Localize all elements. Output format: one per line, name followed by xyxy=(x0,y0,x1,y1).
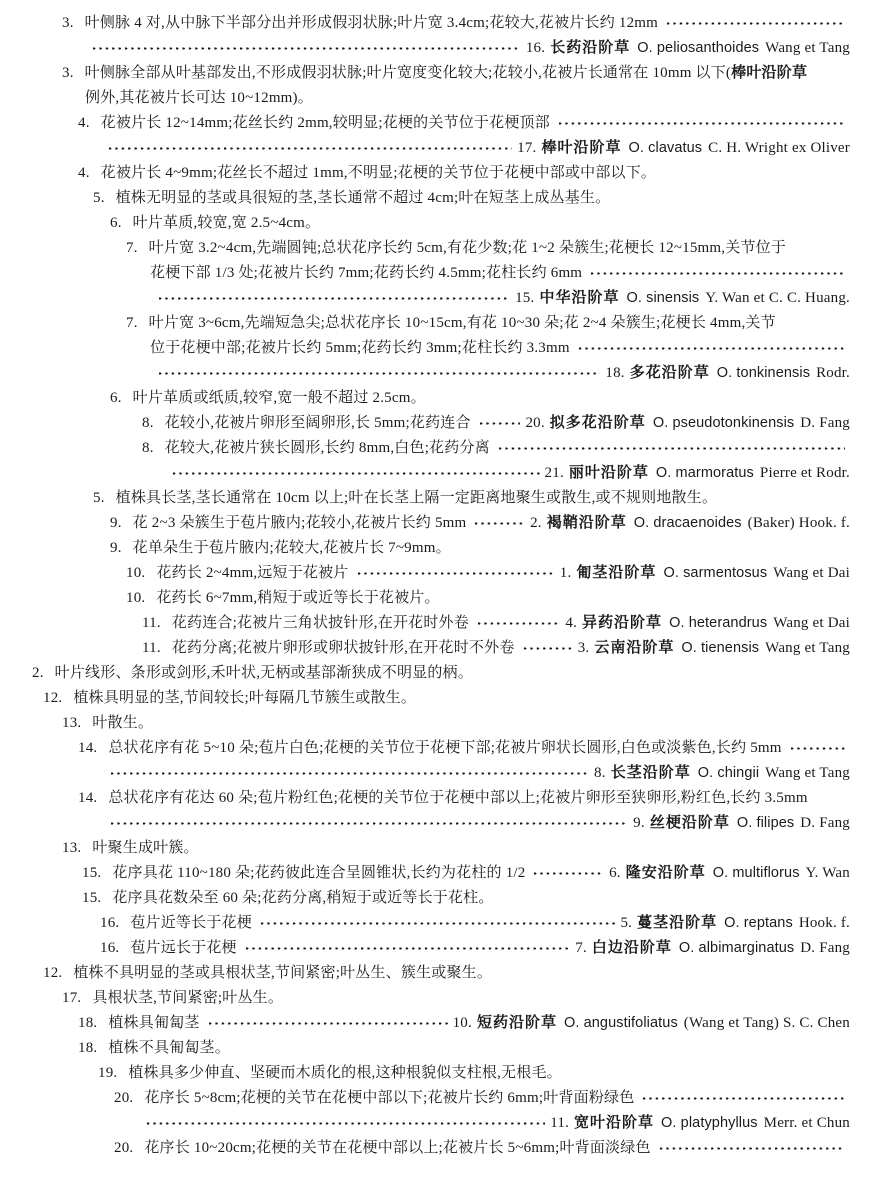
species-name-chinese: 多花沿阶草 xyxy=(630,365,710,381)
dot-leader xyxy=(145,1119,545,1128)
lead-text: 叶聚生成叶簇。 xyxy=(92,836,198,861)
species-number: 1. xyxy=(560,565,572,581)
species-name-chinese: 长茎沿阶草 xyxy=(611,765,691,781)
key-continuation-line: 花梗下部 1/3 处;花被片长约 7mm;花药长约 4.5mm;花柱长约 6mm xyxy=(0,261,850,286)
species-name-chinese: 匍茎沿阶草 xyxy=(576,565,656,581)
key-couplet-line: 9.花单朵生于苞片腋内;花较大,花被片长 7~9mm。 xyxy=(0,536,850,561)
key-couplet-line: 15.花序具花 110~180 朵;花药彼此连合呈圆锥状,长约为花柱的 1/26… xyxy=(0,861,850,886)
species-reference: 17.棒叶沿阶草O. clavatusC. H. Wright ex Olive… xyxy=(517,136,850,161)
key-couplet-line: 4.花被片长 12~14mm;花丝长约 2mm,较明显;花梗的关节位于花梗顶部 xyxy=(0,111,850,136)
key-couplet-line: 6.叶片革质,较宽,宽 2.5~4cm。 xyxy=(0,211,850,236)
key-couplet-line: 6.叶片革质或纸质,较窄,宽一般不超过 2.5cm。 xyxy=(0,386,850,411)
species-number: 20. xyxy=(525,415,544,431)
dot-leader xyxy=(557,119,845,128)
species-number: 2. xyxy=(530,515,542,531)
couplet-number: 9. xyxy=(110,511,122,536)
species-name-chinese: 云南沿阶草 xyxy=(594,640,674,656)
dot-leader xyxy=(259,919,615,928)
dot-leader xyxy=(522,644,573,653)
species-name-chinese: 短药沿阶草 xyxy=(477,1015,557,1031)
lead-text: 花药长 6~7mm,稍短于或近等长于花被片。 xyxy=(156,586,439,611)
key-couplet-line: 16.苞片近等长于花梗5.蔓茎沿阶草O. reptansHook. f. xyxy=(0,911,850,936)
lead-text: 植株具明显的茎,节间较长;叶每隔几节簇生或散生。 xyxy=(73,686,416,711)
couplet-number: 18. xyxy=(78,1011,97,1036)
key-couplet-line: 20.花序长 5~8cm;花梗的关节在花梗中部以下;花被片长约 6mm;叶背面粉… xyxy=(0,1086,850,1111)
key-couplet-line: 14.总状花序有花 5~10 朵;苞片白色;花梗的关节位于花梗下部;花被片卵状长… xyxy=(0,736,850,761)
species-name-chinese: 异药沿阶草 xyxy=(582,615,662,631)
lead-text: 花较大,花被片狭长圆形,长约 8mm,白色;花药分离 xyxy=(165,436,490,461)
dot-leader xyxy=(356,569,555,578)
species-name-latin: O. marmoratus xyxy=(656,465,754,481)
couplet-number: 14. xyxy=(78,786,97,811)
key-couplet-line: 7.叶片宽 3.2~4cm,先端圆钝;总状花序长约 5cm,有花少数;花 1~2… xyxy=(0,236,850,261)
species-author: C. H. Wright ex Oliver xyxy=(708,140,850,156)
dot-leader xyxy=(109,769,589,778)
lead-text: 花单朵生于苞片腋内;花较大,花被片长 7~9mm。 xyxy=(133,536,451,561)
dot-leader xyxy=(478,419,521,428)
species-name-chinese: 棒叶沿阶草 xyxy=(542,140,622,156)
dot-leader xyxy=(473,519,525,528)
lead-text: 例外,其花被片长可达 10~12mm)。 xyxy=(85,86,313,111)
lead-text: 植株无明显的茎或具很短的茎,茎长通常不超过 4cm;叶在短茎上成丛基生。 xyxy=(116,186,611,211)
couplet-number: 6. xyxy=(110,211,122,236)
key-couplet-line: 7.叶片宽 3~6cm,先端短急尖;总状花序长 10~15cm,有花 10~30… xyxy=(0,311,850,336)
species-number: 10. xyxy=(453,1015,472,1031)
species-author: D. Fang xyxy=(800,815,850,831)
lead-text: 花序具花 110~180 朵;花药彼此连合呈圆锥状,长约为花柱的 1/2 xyxy=(112,861,525,886)
key-couplet-line: 9.花 2~3 朵簇生于苞片腋内;花较小,花被片长约 5mm2.褐鞘沿阶草O. … xyxy=(0,511,850,536)
species-name-latin: O. pseudotonkinensis xyxy=(653,415,794,431)
species-reference: 20.拟多花沿阶草O. pseudotonkinensisD. Fang xyxy=(525,411,850,436)
species-ref-line: 11.宽叶沿阶草O. platyphyllusMerr. et Chun xyxy=(0,1111,850,1136)
species-reference: 5.蔓茎沿阶草O. reptansHook. f. xyxy=(620,911,850,936)
lead-text: 植株具长茎,茎长通常在 10cm 以上;叶在长茎上隔一定距离地聚生或散生,或不规… xyxy=(116,486,718,511)
species-name-latin: O. dracaenoides xyxy=(634,515,742,531)
species-reference: 16.长药沿阶草O. peliosanthoidesWang et Tang xyxy=(526,36,850,61)
couplet-number: 5. xyxy=(93,186,105,211)
key-couplet-line: 11.花药连合;花被片三角状披针形,在开花时外卷4.异药沿阶草O. hetera… xyxy=(0,611,850,636)
species-reference: 4.异药沿阶草O. heterandrusWang et Dai xyxy=(565,611,850,636)
species-author: Wang et Tang xyxy=(765,640,850,656)
lead-text: 叶片革质,较宽,宽 2.5~4cm。 xyxy=(133,211,321,236)
dot-leader xyxy=(532,869,604,878)
species-name-chinese: 宽叶沿阶草 xyxy=(574,1115,654,1131)
species-number: 21. xyxy=(545,465,564,481)
lead-text: 位于花梗中部;花被片长约 5mm;花药长约 3mm;花柱长约 3.3mm xyxy=(150,336,570,361)
species-number: 18. xyxy=(605,365,624,381)
species-name-chinese: 丽叶沿阶草 xyxy=(569,465,649,481)
lead-text: 叶片线形、条形或剑形,禾叶状,无柄或基部渐狭成不明显的柄。 xyxy=(55,661,473,686)
lead-text: 植株不具明显的茎或具根状茎,节间紧密;叶丛生、簇生或聚生。 xyxy=(73,961,492,986)
species-author: (Baker) Hook. f. xyxy=(748,515,850,531)
dot-leader xyxy=(665,19,845,28)
species-ref-line: 8.长茎沿阶草O. chingiiWang et Tang xyxy=(0,761,850,786)
species-ref-line: 21.丽叶沿阶草O. marmoratusPierre et Rodr. xyxy=(0,461,850,486)
couplet-number: 20. xyxy=(114,1086,133,1111)
dot-leader xyxy=(107,144,512,153)
key-couplet-line: 17.具根状茎,节间紧密;叶丛生。 xyxy=(0,986,850,1011)
species-name-latin: O. reptans xyxy=(724,915,793,931)
key-couplet-line: 12.植株具明显的茎,节间较长;叶每隔几节簇生或散生。 xyxy=(0,686,850,711)
couplet-number: 7. xyxy=(126,236,138,261)
lead-text: 苞片远长于花梗 xyxy=(130,936,236,961)
lead-text: 叶片革质或纸质,较窄,宽一般不超过 2.5cm。 xyxy=(133,386,426,411)
species-number: 15. xyxy=(515,290,534,306)
species-reference: 10.短药沿阶草O. angustifoliatus(Wang et Tang)… xyxy=(453,1011,850,1036)
species-author: Wang et Tang xyxy=(765,40,850,56)
lead-text: 花较小,花被片卵形至阔卵形,长 5mm;花药连合 xyxy=(165,411,471,436)
species-reference: 11.宽叶沿阶草O. platyphyllusMerr. et Chun xyxy=(550,1111,850,1136)
couplet-number: 4. xyxy=(78,111,90,136)
key-couplet-line: 5.植株无明显的茎或具很短的茎,茎长通常不超过 4cm;叶在短茎上成丛基生。 xyxy=(0,186,850,211)
dot-leader xyxy=(641,1094,845,1103)
species-number: 17. xyxy=(517,140,536,156)
species-number: 11. xyxy=(550,1115,569,1131)
dot-leader xyxy=(244,944,570,953)
flora-key-page: 3.叶侧脉 4 对,从中脉下半部分出并形成假羽状脉;叶片宽 3.4cm;花较大,… xyxy=(0,0,878,1177)
species-number: 5. xyxy=(620,915,632,931)
species-name-latin: O. albimarginatus xyxy=(679,940,794,956)
species-ref-line: 16.长药沿阶草O. peliosanthoidesWang et Tang xyxy=(0,36,850,61)
species-name-latin: O. sarmentosus xyxy=(663,565,767,581)
key-couplet-line: 18.植株不具匍匐茎。 xyxy=(0,1036,850,1061)
couplet-number: 18. xyxy=(78,1036,97,1061)
couplet-number: 15. xyxy=(82,861,101,886)
lead-text: 叶侧脉 4 对,从中脉下半部分出并形成假羽状脉;叶片宽 3.4cm;花较大,花被… xyxy=(85,11,658,36)
species-ref-line: 15.中华沿阶草O. sinensisY. Wan et C. C. Huang… xyxy=(0,286,850,311)
lead-text: 植株具多少伸直、坚硬而木质化的根,这种根貌似支柱根,无根毛。 xyxy=(128,1061,562,1086)
couplet-number: 11. xyxy=(142,611,161,636)
couplet-number: 11. xyxy=(142,636,161,661)
species-reference: 7.白边沿阶草O. albimarginatusD. Fang xyxy=(575,936,850,961)
couplet-number: 4. xyxy=(78,161,90,186)
key-couplet-line: 5.植株具长茎,茎长通常在 10cm 以上;叶在长茎上隔一定距离地聚生或散生,或… xyxy=(0,486,850,511)
key-couplet-line: 2.叶片线形、条形或剑形,禾叶状,无柄或基部渐狭成不明显的柄。 xyxy=(0,661,850,686)
key-continuation-line: 位于花梗中部;花被片长约 5mm;花药长约 3mm;花柱长约 3.3mm xyxy=(0,336,850,361)
couplet-number: 13. xyxy=(62,711,81,736)
key-couplet-line: 14.总状花序有花达 60 朵;苞片粉红色;花梗的关节位于花梗中部以上;花被片卵… xyxy=(0,786,850,811)
key-couplet-line: 3.叶侧脉全部从叶基部发出,不形成假羽状脉;叶片宽度变化较大;花较小,花被片长通… xyxy=(0,61,850,86)
couplet-number: 10. xyxy=(126,561,145,586)
dot-leader xyxy=(207,1019,448,1028)
dot-leader xyxy=(171,469,540,478)
couplet-number: 3. xyxy=(62,11,74,36)
dot-leader xyxy=(157,294,510,303)
couplet-number: 12. xyxy=(43,686,62,711)
lead-text: 花药长 2~4mm,远短于花被片 xyxy=(156,561,348,586)
lead-text: 花被片长 12~14mm;花丝长约 2mm,较明显;花梗的关节位于花梗顶部 xyxy=(101,111,550,136)
species-number: 8. xyxy=(594,765,606,781)
species-name-latin: O. sinensis xyxy=(626,290,699,306)
species-number: 3. xyxy=(578,640,590,656)
couplet-number: 8. xyxy=(142,436,154,461)
lead-text: 苞片近等长于花梗 xyxy=(130,911,252,936)
couplet-number: 10. xyxy=(126,586,145,611)
species-reference: 15.中华沿阶草O. sinensisY. Wan et C. C. Huang… xyxy=(515,286,850,311)
species-author: (Wang et Tang) S. C. Chen xyxy=(684,1015,850,1031)
key-couplet-line: 10.花药长 6~7mm,稍短于或近等长于花被片。 xyxy=(0,586,850,611)
species-name-chinese: 中华沿阶草 xyxy=(539,290,619,306)
lead-text: 花序具花数朵至 60 朵;花药分离,稍短于或近等长于花柱。 xyxy=(112,886,493,911)
lead-text: 植株具匍匐茎 xyxy=(108,1011,199,1036)
species-reference: 6.隆安沿阶草O. multiflorusY. Wan xyxy=(609,861,850,886)
species-name-latin: O. tienensis xyxy=(681,640,759,656)
couplet-number: 16. xyxy=(100,936,119,961)
lead-text: 花序长 10~20cm;花梗的关节在花梗中部以上;花被片长 5~6mm;叶背面淡… xyxy=(144,1136,650,1161)
lead-text: 花梗下部 1/3 处;花被片长约 7mm;花药长约 4.5mm;花柱长约 6mm xyxy=(150,261,582,286)
species-author: D. Fang xyxy=(800,415,850,431)
species-name-chinese: 拟多花沿阶草 xyxy=(550,415,646,431)
species-reference: 3.云南沿阶草O. tienensisWang et Tang xyxy=(578,636,850,661)
dot-leader xyxy=(476,619,560,628)
lead-text: 植株不具匍匐茎。 xyxy=(108,1036,230,1061)
species-name-latin: O. peliosanthoides xyxy=(637,40,759,56)
species-name-chinese: 丝梗沿阶草 xyxy=(650,815,730,831)
dot-leader xyxy=(789,744,845,753)
key-couplet-line: 4.花被片长 4~9mm;花丝长不超过 1mm,不明显;花梗的关节位于花梗中部或… xyxy=(0,161,850,186)
couplet-number: 8. xyxy=(142,411,154,436)
species-ref-line: 18.多花沿阶草O. tonkinensisRodr. xyxy=(0,361,850,386)
key-couplet-line: 8.花较小,花被片卵形至阔卵形,长 5mm;花药连合20.拟多花沿阶草O. ps… xyxy=(0,411,850,436)
dot-leader xyxy=(577,344,845,353)
couplet-number: 15. xyxy=(82,886,101,911)
species-reference: 8.长茎沿阶草O. chingiiWang et Tang xyxy=(594,761,850,786)
lead-text: 叶散生。 xyxy=(92,711,153,736)
species-author: Hook. f. xyxy=(799,915,850,931)
key-couplet-line: 13.叶散生。 xyxy=(0,711,850,736)
species-author: Merr. et Chun xyxy=(764,1115,850,1131)
dot-leader xyxy=(589,269,845,278)
species-author: Rodr. xyxy=(816,365,850,381)
lead-text: 叶片宽 3.2~4cm,先端圆钝;总状花序长约 5cm,有花少数;花 1~2 朵… xyxy=(149,236,786,261)
key-couplet-line: 11.花药分离;花被片卵形或卵状披针形,在开花时不外卷3.云南沿阶草O. tie… xyxy=(0,636,850,661)
species-reference: 9.丝梗沿阶草O. filipesD. Fang xyxy=(633,811,850,836)
key-couplet-line: 10.花药长 2~4mm,远短于花被片1.匍茎沿阶草O. sarmentosus… xyxy=(0,561,850,586)
key-couplet-line: 8.花较大,花被片狭长圆形,长约 8mm,白色;花药分离 xyxy=(0,436,850,461)
couplet-number: 5. xyxy=(93,486,105,511)
species-name-latin: O. heterandrus xyxy=(669,615,767,631)
lead-text: 叶片宽 3~6cm,先端短急尖;总状花序长 10~15cm,有花 10~30 朵… xyxy=(149,311,776,336)
species-name-chinese: 长药沿阶草 xyxy=(550,40,630,56)
key-couplet-line: 3.叶侧脉 4 对,从中脉下半部分出并形成假羽状脉;叶片宽 3.4cm;花较大,… xyxy=(0,11,850,36)
key-couplet-line: 13.叶聚生成叶簇。 xyxy=(0,836,850,861)
species-name-chinese: 蔓茎沿阶草 xyxy=(637,915,717,931)
couplet-number: 7. xyxy=(126,311,138,336)
dot-leader xyxy=(658,1144,845,1153)
lead-text: 花 2~3 朵簇生于苞片腋内;花较小,花被片长约 5mm xyxy=(133,511,467,536)
dot-leader xyxy=(157,369,600,378)
species-reference: 2.褐鞘沿阶草O. dracaenoides(Baker) Hook. f. xyxy=(530,511,850,536)
dot-leader xyxy=(91,44,521,53)
species-number: 7. xyxy=(575,940,587,956)
species-author: Y. Wan xyxy=(806,865,850,881)
species-reference: 1.匍茎沿阶草O. sarmentosusWang et Dai xyxy=(560,561,850,586)
species-number: 9. xyxy=(633,815,645,831)
key-continuation-line: 例外,其花被片长可达 10~12mm)。 xyxy=(0,86,850,111)
key-couplet-line: 19.植株具多少伸直、坚硬而木质化的根,这种根貌似支柱根,无根毛。 xyxy=(0,1061,850,1086)
lead-text: 花药分离;花被片卵形或卵状披针形,在开花时不外卷 xyxy=(172,636,515,661)
lead-text: 叶侧脉全部从叶基部发出,不形成假羽状脉;叶片宽度变化较大;花较小,花被片长通常在… xyxy=(85,61,731,86)
species-author: Wang et Tang xyxy=(765,765,850,781)
species-author: Pierre et Rodr. xyxy=(760,465,850,481)
couplet-number: 9. xyxy=(110,536,122,561)
couplet-number: 6. xyxy=(110,386,122,411)
couplet-number: 13. xyxy=(62,836,81,861)
species-name-latin: O. chingii xyxy=(698,765,759,781)
species-author: Wang et Dai xyxy=(773,565,850,581)
lead-text-bold: 棒叶沿阶草 xyxy=(731,61,807,86)
species-name-chinese: 褐鞘沿阶草 xyxy=(547,515,627,531)
species-author: Y. Wan et C. C. Huang. xyxy=(705,290,850,306)
species-name-latin: O. platyphyllus xyxy=(661,1115,758,1131)
lead-text: 花序长 5~8cm;花梗的关节在花梗中部以下;花被片长约 6mm;叶背面粉绿色 xyxy=(144,1086,634,1111)
key-couplet-line: 16.苞片远长于花梗7.白边沿阶草O. albimarginatusD. Fan… xyxy=(0,936,850,961)
species-author: Wang et Dai xyxy=(773,615,850,631)
couplet-number: 12. xyxy=(43,961,62,986)
couplet-number: 17. xyxy=(62,986,81,1011)
couplet-number: 16. xyxy=(100,911,119,936)
species-reference: 21.丽叶沿阶草O. marmoratusPierre et Rodr. xyxy=(545,461,850,486)
couplet-number: 20. xyxy=(114,1136,133,1161)
species-ref-line: 9.丝梗沿阶草O. filipesD. Fang xyxy=(0,811,850,836)
species-author: D. Fang xyxy=(800,940,850,956)
key-couplet-line: 12.植株不具明显的茎或具根状茎,节间紧密;叶丛生、簇生或聚生。 xyxy=(0,961,850,986)
lead-text: 总状花序有花 5~10 朵;苞片白色;花梗的关节位于花梗下部;花被片卵状长圆形,… xyxy=(108,736,781,761)
lead-text: 花药连合;花被片三角状披针形,在开花时外卷 xyxy=(172,611,469,636)
species-number: 4. xyxy=(565,615,577,631)
couplet-number: 14. xyxy=(78,736,97,761)
species-number: 16. xyxy=(526,40,545,56)
couplet-number: 2. xyxy=(32,661,44,686)
species-number: 6. xyxy=(609,865,621,881)
lead-text: 具根状茎,节间紧密;叶丛生。 xyxy=(92,986,283,1011)
species-ref-line: 17.棒叶沿阶草O. clavatusC. H. Wright ex Olive… xyxy=(0,136,850,161)
dot-leader xyxy=(497,444,845,453)
species-name-latin: O. filipes xyxy=(737,815,794,831)
species-name-latin: O. clavatus xyxy=(629,140,703,156)
species-name-latin: O. tonkinensis xyxy=(717,365,810,381)
couplet-number: 3. xyxy=(62,61,74,86)
species-reference: 18.多花沿阶草O. tonkinensisRodr. xyxy=(605,361,850,386)
species-name-latin: O. angustifoliatus xyxy=(564,1015,678,1031)
key-couplet-line: 20.花序长 10~20cm;花梗的关节在花梗中部以上;花被片长 5~6mm;叶… xyxy=(0,1136,850,1161)
species-name-chinese: 白边沿阶草 xyxy=(592,940,672,956)
dot-leader xyxy=(109,819,628,828)
lead-text: 花被片长 4~9mm;花丝长不超过 1mm,不明显;花梗的关节位于花梗中部或中部… xyxy=(101,161,656,186)
species-name-latin: O. multiflorus xyxy=(713,865,800,881)
key-couplet-line: 18.植株具匍匐茎10.短药沿阶草O. angustifoliatus(Wang… xyxy=(0,1011,850,1036)
key-couplet-line: 15.花序具花数朵至 60 朵;花药分离,稍短于或近等长于花柱。 xyxy=(0,886,850,911)
lead-text: 总状花序有花达 60 朵;苞片粉红色;花梗的关节位于花梗中部以上;花被片卵形至狭… xyxy=(108,786,807,811)
species-name-chinese: 隆安沿阶草 xyxy=(626,865,706,881)
couplet-number: 19. xyxy=(98,1061,117,1086)
